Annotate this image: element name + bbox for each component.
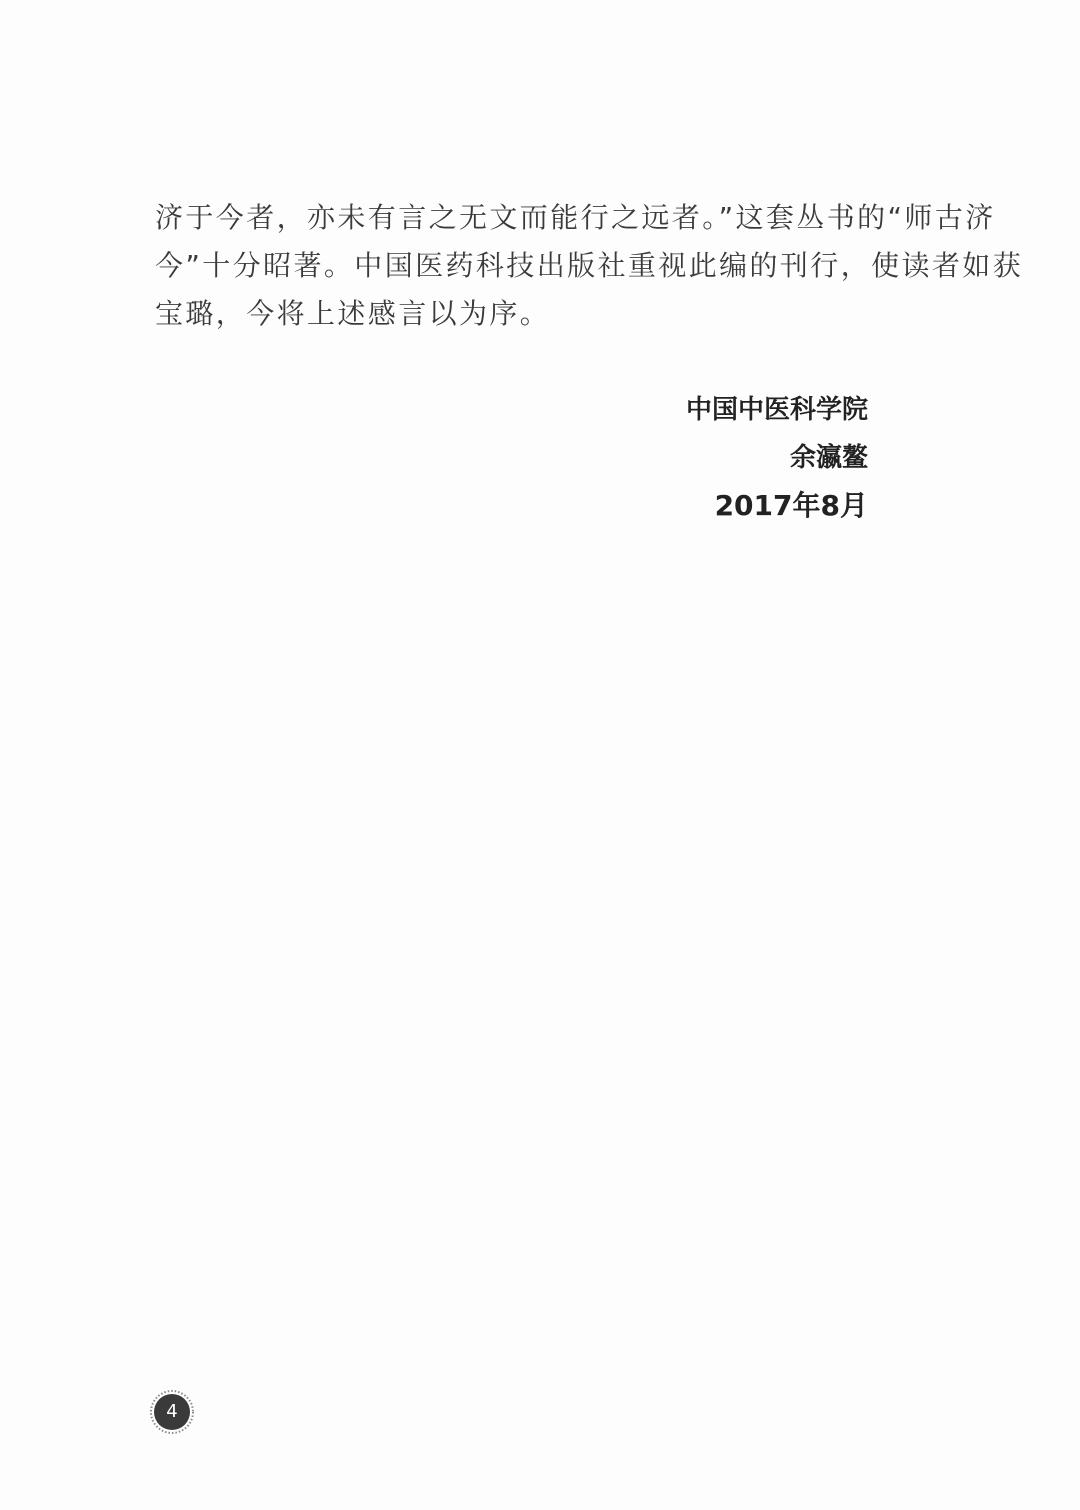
text-line: 宝璐，今将上述感言以为序。	[155, 290, 935, 338]
preface-body-text: 济于今者，亦未有言之无文而能行之远者。”这套丛书的“师古济 今”十分昭著。中国医…	[155, 194, 935, 338]
page-number: 4	[150, 1390, 194, 1434]
signature-block: 中国中医科学院 余瀛鳌 2017年8月	[686, 386, 868, 530]
text-line: 济于今者，亦未有言之无文而能行之远者。”这套丛书的“师古济	[155, 194, 935, 242]
signature-date: 2017年8月	[686, 482, 868, 530]
page-number-badge: 4	[150, 1390, 194, 1434]
text-line: 今”十分昭著。中国医药科技出版社重视此编的刊行，使读者如获	[155, 242, 935, 290]
signature-author: 余瀛鳌	[686, 434, 868, 482]
signature-institution: 中国中医科学院	[686, 386, 868, 434]
